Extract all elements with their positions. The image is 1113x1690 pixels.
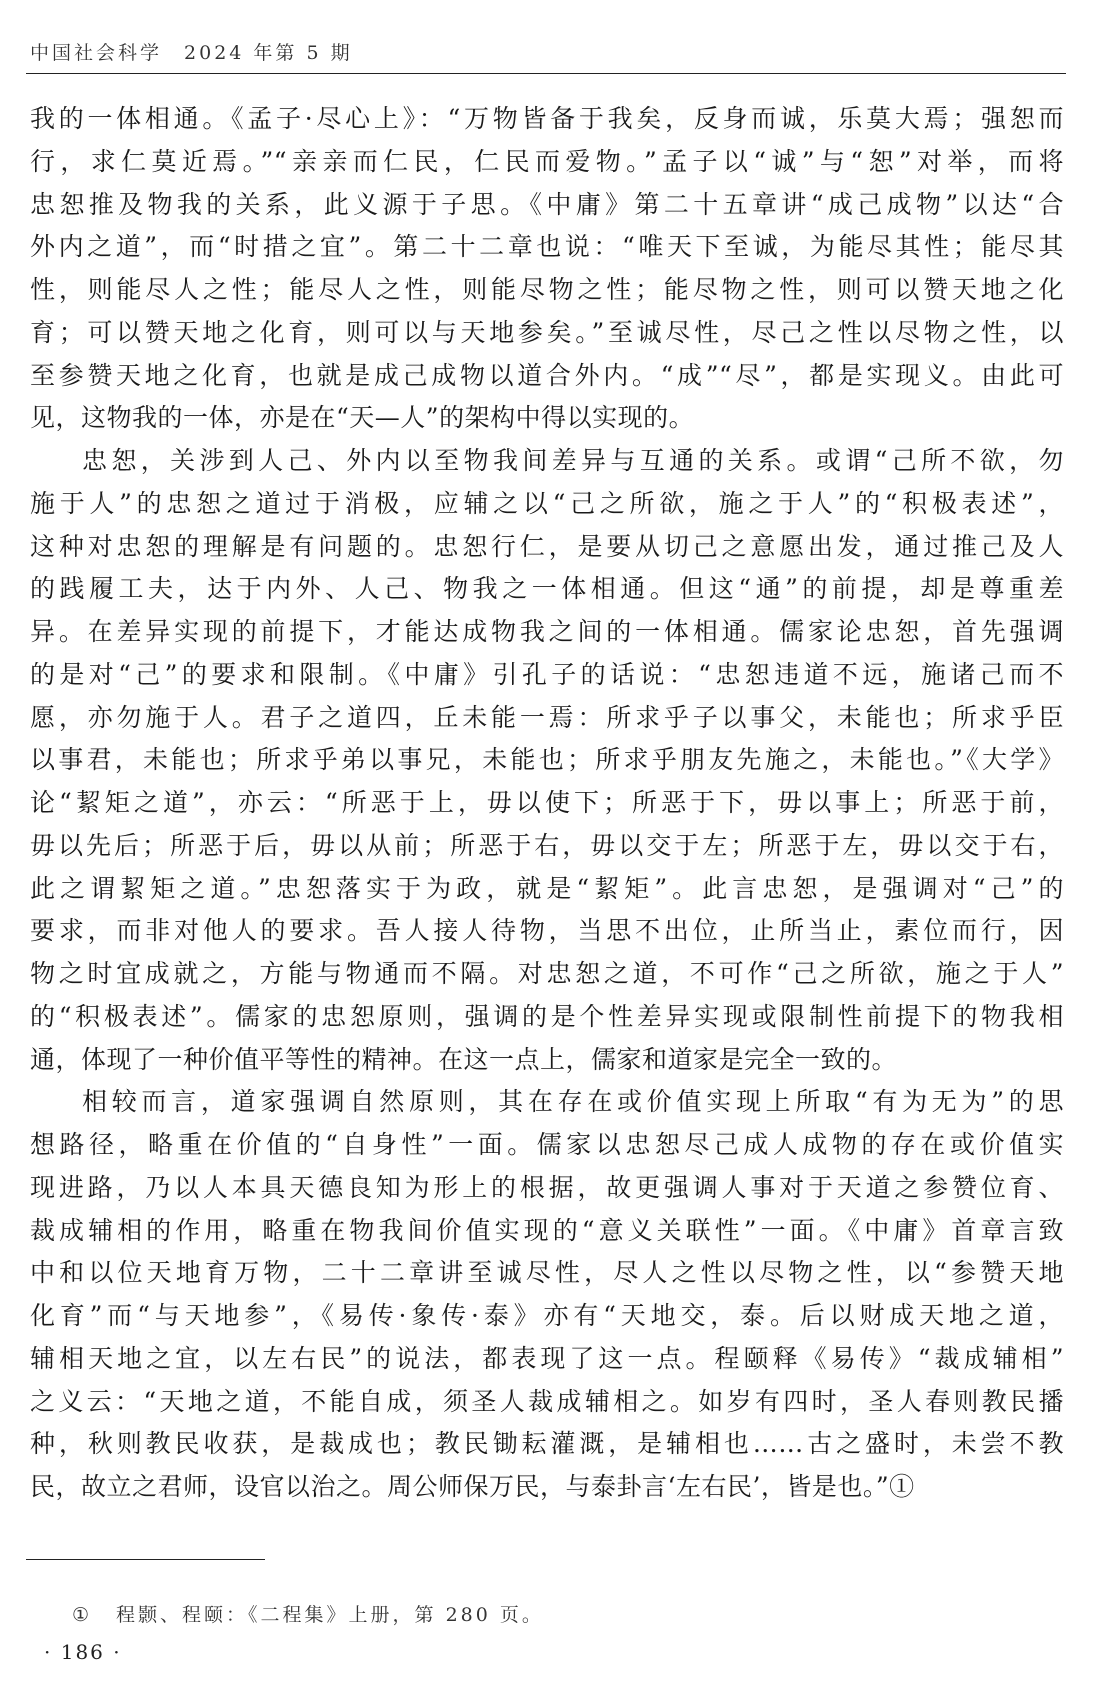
header-rule [26,73,1066,74]
text-line: 此之谓絜矩之道。”忠恕落实于为政，就是“絜矩”。此言忠恕，是强调对“己”的 [30,868,1064,911]
text-line: 行，求仁莫近焉。”“亲亲而仁民，仁民而爱物。”孟子以“诚”与“恕”对举，而将 [30,141,1064,184]
text-line: 现进路，乃以人本具天德良知为形上的根据，故更强调人事对于天道之参赞位育、 [30,1167,1064,1210]
page-number: · 186 · [44,1640,122,1664]
text-line: 我的一体相通。《孟子·尽心上》：“万物皆备于我矣，反身而诚，乐莫大焉；强恕而 [30,98,1064,141]
footnote-text: 程颢、程颐：《二程集》上册，第 280 页。 [116,1604,544,1626]
text-line: 忠恕，关涉到人己、外内以至物我间差异与互通的关系。或谓“己所不欲，勿 [30,440,1064,483]
text-line: 的是对“己”的要求和限制。《中庸》引孔子的话说：“忠恕违道不远，施诸己而不 [30,654,1064,697]
paragraph: 相较而言，道家强调自然原则，其在存在或价值实现上所取“有为无为”的思想路径，略重… [30,1081,1064,1509]
footnote-1: ①程颢、程颐：《二程集》上册，第 280 页。 [72,1600,544,1627]
text-line: 之义云：“天地之道，不能自成，须圣人裁成辅相之。如岁有四时，圣人春则教民播 [30,1381,1064,1424]
text-line: 愿，亦勿施于人。君子之道四，丘未能一焉：所求乎子以事父，未能也；所求乎臣 [30,697,1064,740]
running-head: 中国社会科学2024 年第 5 期 [30,38,375,65]
text-line: 这种对忠恕的理解是有问题的。忠恕行仁，是要从切己之意愿出发，通过推己及人 [30,526,1064,569]
text-line: 施于人”的忠恕之道过于消极，应辅之以“己之所欲，施之于人”的“积极表述”， [30,483,1064,526]
text-line: 异。在差异实现的前提下，才能达成物我之间的一体相通。儒家论忠恕，首先强调 [30,611,1064,654]
text-line: 外内之道”，而“时措之宜”。第二十二章也说：“唯天下至诚，为能尽其性；能尽其 [30,226,1064,269]
text-line: 毋以先后；所恶于后，毋以从前；所恶于右，毋以交于左；所恶于左，毋以交于右， [30,825,1064,868]
text-line: 民，故立之君师，设官以治之。周公师保万民，与泰卦言‘左右民’，皆是也。”① [30,1466,1064,1509]
text-line: 中和以位天地育万物，二十二章讲至诚尽性，尽人之性以尽物之性，以“参赞天地 [30,1252,1064,1295]
text-line: 想路径，略重在价值的“自身性”一面。儒家以忠恕尽己成人成物的存在或价值实 [30,1124,1064,1167]
text-line: 的“积极表述”。儒家的忠恕原则，强调的是个性差异实现或限制性前提下的物我相 [30,996,1064,1039]
text-line: 的践履工夫，达于内外、人己、物我之一体相通。但这“通”的前提，却是尊重差 [30,568,1064,611]
journal-title: 中国社会科学 [30,42,162,64]
issue-label: 2024 年第 5 期 [184,42,353,64]
text-line: 见，这物我的一体，亦是在“天—人”的架构中得以实现的。 [30,397,1064,440]
text-line: 物之时宜成就之，方能与物通而不隔。对忠恕之道，不可作“己之所欲，施之于人” [30,953,1064,996]
text-line: 辅相天地之宜，以左右民”的说法，都表现了这一点。程颐释《易传》“裁成辅相” [30,1338,1064,1381]
body-text: 我的一体相通。《孟子·尽心上》：“万物皆备于我矣，反身而诚，乐莫大焉；强恕而行，… [30,98,1064,1509]
text-line: 相较而言，道家强调自然原则，其在存在或价值实现上所取“有为无为”的思 [30,1081,1064,1124]
text-line: 以事君，未能也；所求乎弟以事兄，未能也；所求乎朋友先施之，未能也。”《大学》 [30,739,1064,782]
text-line: 化育”而“与天地参”，《易传·象传·泰》亦有“天地交，泰。后以财成天地之道， [30,1295,1064,1338]
paragraph: 忠恕，关涉到人己、外内以至物我间差异与互通的关系。或谓“己所不欲，勿施于人”的忠… [30,440,1064,1081]
paragraph: 我的一体相通。《孟子·尽心上》：“万物皆备于我矣，反身而诚，乐莫大焉；强恕而行，… [30,98,1064,440]
text-line: 通，体现了一种价值平等性的精神。在这一点上，儒家和道家是完全一致的。 [30,1039,1064,1082]
text-line: 育；可以赞天地之化育，则可以与天地参矣。”至诚尽性，尽己之性以尽物之性，以 [30,312,1064,355]
text-line: 性，则能尽人之性；能尽人之性，则能尽物之性；能尽物之性，则可以赞天地之化 [30,269,1064,312]
text-line: 裁成辅相的作用，略重在物我间价值实现的“意义关联性”一面。《中庸》首章言致 [30,1210,1064,1253]
footnote-mark: ① [72,1604,92,1626]
text-line: 忠恕推及物我的关系，此义源于子思。《中庸》第二十五章讲“成己成物”以达“合 [30,184,1064,227]
text-line: 论“絜矩之道”，亦云：“所恶于上，毋以使下；所恶于下，毋以事上；所恶于前， [30,782,1064,825]
text-line: 种，秋则教民收获，是裁成也；教民锄耘灌溉，是辅相也……古之盛时，未尝不教 [30,1423,1064,1466]
text-line: 要求，而非对他人的要求。吾人接人待物，当思不出位，止所当止，素位而行，因 [30,910,1064,953]
text-line: 至参赞天地之化育，也就是成己成物以道合外内。“成”“尽”，都是实现义。由此可 [30,355,1064,398]
footnote-rule [26,1559,265,1560]
